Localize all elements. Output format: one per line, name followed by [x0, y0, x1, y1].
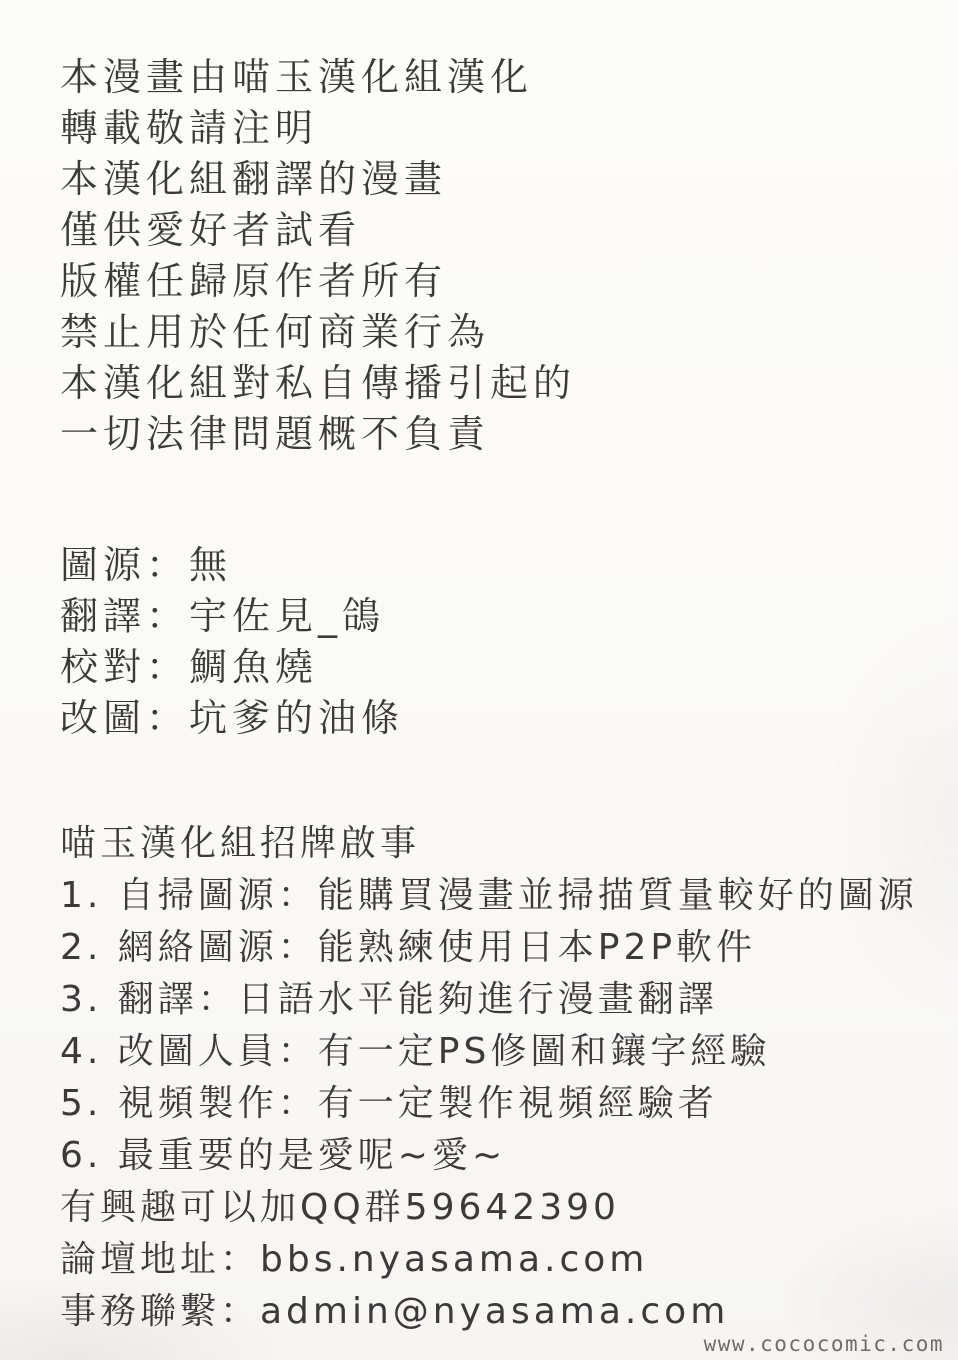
recruitment-line-contact: 事務聯繫：admin@nyasama.com	[60, 1286, 948, 1338]
disclaimer-line: 禁止用於任何商業行為	[60, 307, 948, 358]
credits-block: 圖源：無 翻譯：宇佐見_鴿 校對：鯛魚燒 改圖：坑爹的油條	[60, 540, 948, 744]
recruitment-block: 喵玉漢化組招牌啟事 1. 自掃圖源：能購買漫畫並掃描質量較好的圖源 2. 網絡圖…	[60, 818, 948, 1338]
recruitment-line: 1. 自掃圖源：能購買漫畫並掃描質量較好的圖源	[60, 870, 948, 922]
recruitment-line: 2. 網絡圖源：能熟練使用日本P2P軟件	[60, 922, 948, 974]
recruitment-line-qq: 有興趣可以加QQ群59642390	[60, 1182, 948, 1234]
scanlation-credits-page: 本漫畫由喵玉漢化組漢化 轉載敬請注明 本漢化組翻譯的漫畫 僅供愛好者試看 版權任…	[0, 0, 958, 1360]
disclaimer-block: 本漫畫由喵玉漢化組漢化 轉載敬請注明 本漢化組翻譯的漫畫 僅供愛好者試看 版權任…	[60, 52, 948, 460]
recruitment-line: 6. 最重要的是愛呢~愛~	[60, 1130, 948, 1182]
recruitment-title: 喵玉漢化組招牌啟事	[60, 818, 948, 870]
credit-line-editor: 改圖：坑爹的油條	[60, 693, 948, 744]
disclaimer-line: 一切法律問題概不負責	[60, 409, 948, 460]
disclaimer-line: 僅供愛好者試看	[60, 205, 948, 256]
disclaimer-line: 本漢化組翻譯的漫畫	[60, 154, 948, 205]
credit-line-proofreader: 校對：鯛魚燒	[60, 642, 948, 693]
recruitment-line: 3. 翻譯：日語水平能夠進行漫畫翻譯	[60, 974, 948, 1026]
disclaimer-line: 本漢化組對私自傳播引起的	[60, 358, 948, 409]
disclaimer-line: 版權任歸原作者所有	[60, 256, 948, 307]
disclaimer-line: 本漫畫由喵玉漢化組漢化	[60, 52, 948, 103]
credit-line-source: 圖源：無	[60, 540, 948, 591]
recruitment-line: 5. 視頻製作：有一定製作視頻經驗者	[60, 1078, 948, 1130]
disclaimer-line: 轉載敬請注明	[60, 103, 948, 154]
recruitment-line: 4. 改圖人員：有一定PS修圖和鑲字經驗	[60, 1026, 948, 1078]
watermark-url: www.cococomic.com	[704, 1332, 944, 1356]
credit-line-translator: 翻譯：宇佐見_鴿	[60, 591, 948, 642]
recruitment-line-forum: 論壇地址：bbs.nyasama.com	[60, 1234, 948, 1286]
